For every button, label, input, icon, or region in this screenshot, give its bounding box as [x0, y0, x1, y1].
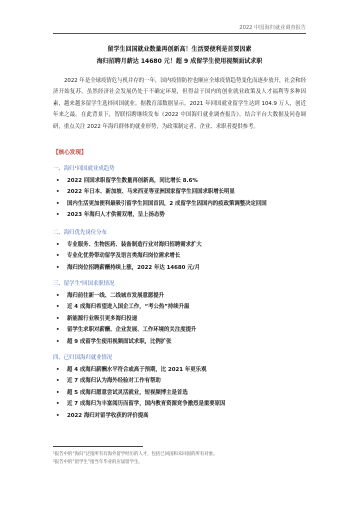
list-item: •超 5 成海归愿意尝试灵活就业，短视频博主是首选: [53, 388, 306, 400]
bullet-text: 2023 年海归人才供需双增，呈上扬态势: [67, 212, 165, 218]
bullet-text: 海归前往新一线、二线城市发展意愿提升: [67, 293, 164, 299]
list-item: •近 7 成海归为丰富阅历而留学，国内教育资源竞争激烈是重要原因: [53, 399, 306, 411]
title-line-1: 留学生回国就业数量再创新高！生活要便利是首要因素: [53, 44, 306, 53]
bullet-icon: •: [56, 210, 59, 222]
bullet-icon: •: [56, 240, 59, 252]
list-item: •国内生活更加便利最吸引留学生回国首因，2 成留学生因国内的疫政策调整决定回国: [53, 199, 306, 211]
bullet-text: 超 5 成海归愿意尝试灵活就业，短视频博主是首选: [67, 390, 188, 396]
header-divider: [53, 33, 306, 34]
section-1: 一、海归¹回国就业成趋势 •2022 回国求职留学生数量再创新高，同比增长 8.…: [53, 164, 306, 222]
bullet-list: •超 4 成海归薪酬水平符合或高于预期，比 2021 年更乐观 •近 7 成海归…: [53, 365, 306, 423]
section-heading: 三、留学生²回国求职情况: [53, 279, 306, 291]
footnote-divider: [53, 446, 143, 447]
bullet-text: 留学生求职对薪酬、企业发展、工作环境的关注度提升: [67, 327, 196, 333]
bullet-icon: •: [56, 187, 59, 199]
bullet-icon: •: [56, 263, 59, 275]
list-item: •专业化优势带动留学及语言类海归岗位需求增长: [53, 251, 306, 263]
list-item: •留学生求职对薪酬、企业发展、工作环境的关注度提升: [53, 325, 306, 337]
bullet-text: 2022 回国求职留学生数量再创新高，同比增长 8.6%: [67, 178, 198, 184]
section-heading: 一、海归¹回国就业成趋势: [53, 164, 306, 176]
list-item: •2022 年日本、新加坡、马来西亚等亚洲国家留学生回国求职增长明显: [53, 187, 306, 199]
bullet-text: 海归岗位招聘薪酬持续上涨，2022 年达 14680 元/月: [67, 265, 200, 271]
bullet-icon: •: [56, 314, 59, 326]
intro-paragraph: 2022 年是全球疫情危与机并存的一年，国内疫情防控也顺应全球疫情趋势变化而逐步…: [53, 76, 306, 133]
bullet-icon: •: [56, 291, 59, 303]
bullet-icon: •: [56, 399, 59, 411]
list-item: •近 7 成海归认为海外经验对工作有帮助: [53, 376, 306, 388]
section-2: 二、海归优先岗位分布 •专业服务、生物医药、装备制造行业对海归招聘需求扩大 •专…: [53, 228, 306, 274]
list-item: •新能源行业吸引更多海归投递: [53, 314, 306, 326]
section-heading: 二、海归优先岗位分布: [53, 228, 306, 240]
bullet-list: •2022 回国求职留学生数量再创新高，同比增长 8.6% •2022 年日本、…: [53, 176, 306, 222]
bullet-text: 新能源行业吸引更多海归投递: [67, 316, 137, 322]
core-findings-label: 【核心发现】: [53, 148, 87, 156]
running-header: 2022 中国海归就业调查报告: [239, 24, 306, 31]
bullet-icon: •: [56, 302, 59, 314]
bullet-list: •专业服务、生物医药、装备制造行业对海归招聘需求扩大 •专业化优势带动留学及语言…: [53, 240, 306, 275]
bullet-icon: •: [56, 337, 59, 349]
bullet-list: •海归前往新一线、二线城市发展意愿提升 •近 4 成海归希望进入国企工作，“考公…: [53, 291, 306, 349]
bullet-text: 专业服务、生物医药、装备制造行业对海归招聘需求扩大: [67, 242, 202, 248]
bullet-icon: •: [56, 251, 59, 263]
bullet-text: 近 7 成海归认为海外经验对工作有帮助: [67, 378, 161, 384]
bullet-text: 2022 海归对留学收获的评价提高: [67, 413, 149, 419]
bullet-text: 专业化优势带动留学及语言类海归岗位需求增长: [67, 253, 180, 259]
list-item: •超 9 成留学生使用视频面试求职，比例扩张: [53, 337, 306, 349]
list-item: •2022 海归对留学收获的评价提高: [53, 411, 306, 423]
bullet-icon: •: [56, 365, 59, 377]
bullet-icon: •: [56, 176, 59, 188]
list-item: •专业服务、生物医药、装备制造行业对海归招聘需求扩大: [53, 240, 306, 252]
list-item: •近 4 成海归希望进入国企工作，“考公热”持续升温: [53, 302, 306, 314]
list-item: •海归前往新一线、二线城市发展意愿提升: [53, 291, 306, 303]
bullet-text: 国内生活更加便利最吸引留学生回国首因，2 成留学生因国内的疫政策调整决定回国: [67, 201, 267, 207]
bullet-icon: •: [56, 388, 59, 400]
section-4: 四、已归国海归就业情况 •超 4 成海归薪酬水平符合或高于预期，比 2021 年…: [53, 353, 306, 422]
list-item: •超 4 成海归薪酬水平符合或高于预期，比 2021 年更乐观: [53, 365, 306, 377]
list-item: •2023 年海归人才供需双增，呈上扬态势: [53, 210, 306, 222]
bullet-text: 超 4 成海归薪酬水平符合或高于预期，比 2021 年更乐观: [67, 367, 206, 373]
footnote-1: ¹报告中的“海归”泛指所有有海外留学经历的人才，包括已回国和未回国的所有对象。: [53, 451, 217, 457]
list-item: •海归岗位招聘薪酬持续上涨，2022 年达 14680 元/月: [53, 263, 306, 275]
bullet-icon: •: [56, 325, 59, 337]
list-item: •2022 回国求职留学生数量再创新高，同比增长 8.6%: [53, 176, 306, 188]
bullet-icon: •: [56, 376, 59, 388]
bullet-text: 近 4 成海归希望进入国企工作，“考公热”持续升温: [67, 304, 189, 310]
bullet-text: 超 9 成留学生使用视频面试求职，比例扩张: [67, 339, 172, 345]
bullet-icon: •: [56, 411, 59, 423]
bullet-text: 2022 年日本、新加坡、马来西亚等亚洲国家留学生回国求职增长明显: [67, 189, 235, 195]
section-heading: 四、已归国海归就业情况: [53, 353, 306, 365]
footnote-2: ²报告中的“留学生”指当年毕业的应届留学生。: [53, 459, 143, 465]
section-3: 三、留学生²回国求职情况 •海归前往新一线、二线城市发展意愿提升 •近 4 成海…: [53, 279, 306, 348]
title-line-2: 海归招聘月薪达 14680 元！超 9 成留学生使用视频面试求职: [53, 56, 306, 65]
bullet-icon: •: [56, 199, 59, 211]
bullet-text: 近 7 成海归为丰富阅历而留学，国内教育资源竞争激烈是重要原因: [67, 401, 225, 407]
